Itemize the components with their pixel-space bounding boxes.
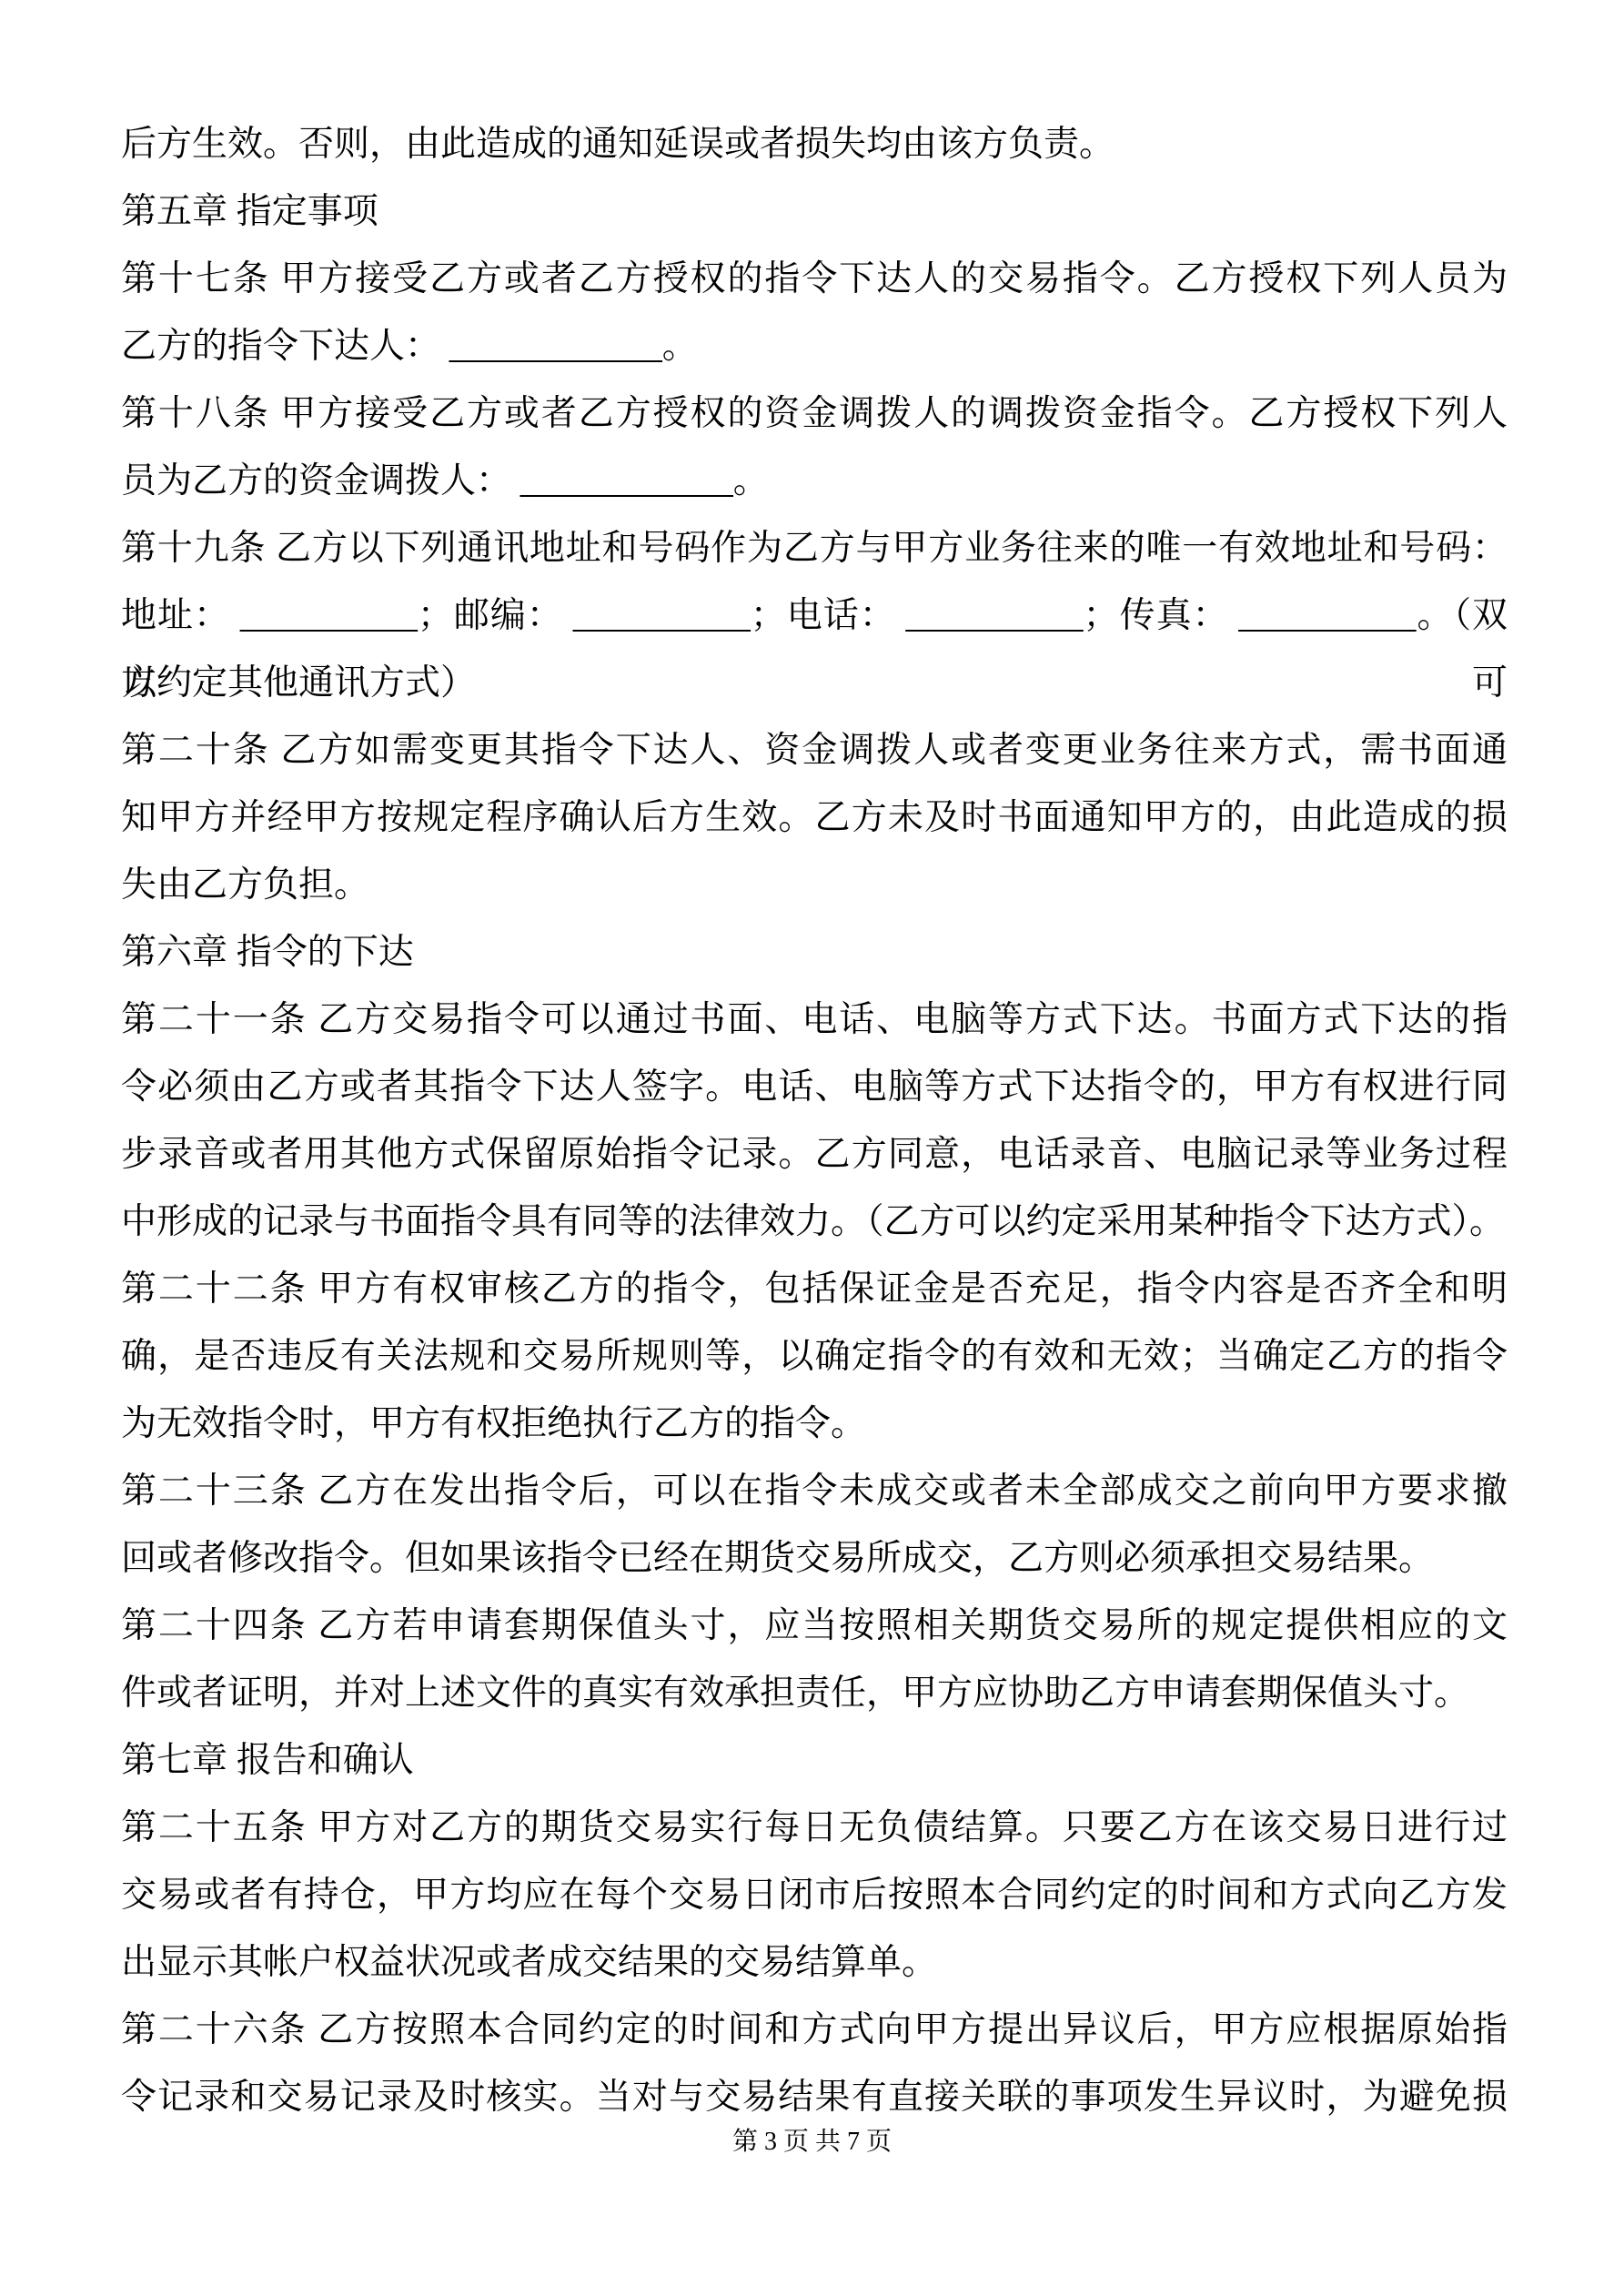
document-line: 后方生效。否则，由此造成的通知延误或者损失均由该方负责。 xyxy=(121,111,1508,178)
document-line: 失由乙方负担。 xyxy=(121,852,1508,919)
page-number-footer: 第 3 页 共 7 页 xyxy=(0,2126,1624,2159)
document-line: 确，是否违反有关法规和交易所规则等，以确定指令的有效和无效；当确定乙方的指令 xyxy=(121,1323,1508,1391)
document-line: 乙方的指令下达人： ____________。 xyxy=(121,313,1508,380)
document-line: 令必须由乙方或者其指令下达人签字。电话、电脑等方式下达指令的，甲方有权进行同 xyxy=(121,1054,1508,1121)
chapter-heading: 第五章 指定事项 xyxy=(121,178,1508,246)
document-line: 第十七条 甲方接受乙方或者乙方授权的指令下达人的交易指令。乙方授权下列人员为 xyxy=(121,246,1508,313)
document-line: 交易或者有持仓，甲方均应在每个交易日闭市后按照本合同约定的时间和方式向乙方发 xyxy=(121,1862,1508,1929)
document-line: 件或者证明，并对上述文件的真实有效承担责任，甲方应协助乙方申请套期保值头寸。 xyxy=(121,1660,1508,1727)
document-line: 第十八条 甲方接受乙方或者乙方授权的资金调拨人的调拨资金指令。乙方授权下列人 xyxy=(121,380,1508,448)
document-line: 第二十四条 乙方若申请套期保值头寸，应当按照相关期货交易所的规定提供相应的文 xyxy=(121,1593,1508,1660)
document-line: 员为乙方的资金调拨人： ____________。 xyxy=(121,448,1508,515)
document-line: 中形成的记录与书面指令具有同等的法律效力。（乙方可以约定采用某种指令下达方式）。 xyxy=(121,1188,1508,1256)
document-line: 第十九条 乙方以下列通讯地址和号码作为乙方与甲方业务往来的唯一有效地址和号码： xyxy=(121,515,1508,582)
document-line: 第二十五条 甲方对乙方的期货交易实行每日无负债结算。只要乙方在该交易日进行过 xyxy=(121,1795,1508,1862)
document-line: 步录音或者用其他方式保留原始指令记录。乙方同意，电话录音、电脑记录等业务过程 xyxy=(121,1121,1508,1188)
chapter-heading: 第七章 报告和确认 xyxy=(121,1727,1508,1795)
document-line: 回或者修改指令。但如果该指令已经在期货交易所成交，乙方则必须承担交易结果。 xyxy=(121,1525,1508,1593)
document-line: 出显示其帐户权益状况或者成交结果的交易结算单。 xyxy=(121,1929,1508,1997)
document-line: 第二十条 乙方如需变更其指令下达人、资金调拨人或者变更业务往来方式，需书面通 xyxy=(121,717,1508,784)
document-line: 令记录和交易记录及时核实。当对与交易结果有直接关联的事项发生异议时，为避免损 xyxy=(121,2064,1508,2131)
document-body: 后方生效。否则，由此造成的通知延误或者损失均由该方负责。 第五章 指定事项 第十… xyxy=(121,111,1508,2131)
document-line: 第二十一条 乙方交易指令可以通过书面、电话、电脑等方式下达。书面方式下达的指 xyxy=(121,986,1508,1054)
document-line: 地址： __________；邮编： __________；电话： ______… xyxy=(121,582,1508,650)
chapter-heading: 第六章 指令的下达 xyxy=(121,919,1508,986)
document-line: 为无效指令时，甲方有权拒绝执行乙方的指令。 xyxy=(121,1391,1508,1458)
document-line: 第二十二条 甲方有权审核乙方的指令，包括保证金是否充足，指令内容是否齐全和明 xyxy=(121,1256,1508,1323)
document-line: 第二十三条 乙方在发出指令后，可以在指令未成交或者未全部成交之前向甲方要求撤 xyxy=(121,1458,1508,1525)
document-line: 第二十六条 乙方按照本合同约定的时间和方式向甲方提出异议后，甲方应根据原始指 xyxy=(121,1997,1508,2064)
contract-document-page: 后方生效。否则，由此造成的通知延误或者损失均由该方负责。 第五章 指定事项 第十… xyxy=(0,0,1624,2296)
document-line: 知甲方并经甲方按规定程序确认后方生效。乙方未及时书面通知甲方的，由此造成的损 xyxy=(121,784,1508,852)
